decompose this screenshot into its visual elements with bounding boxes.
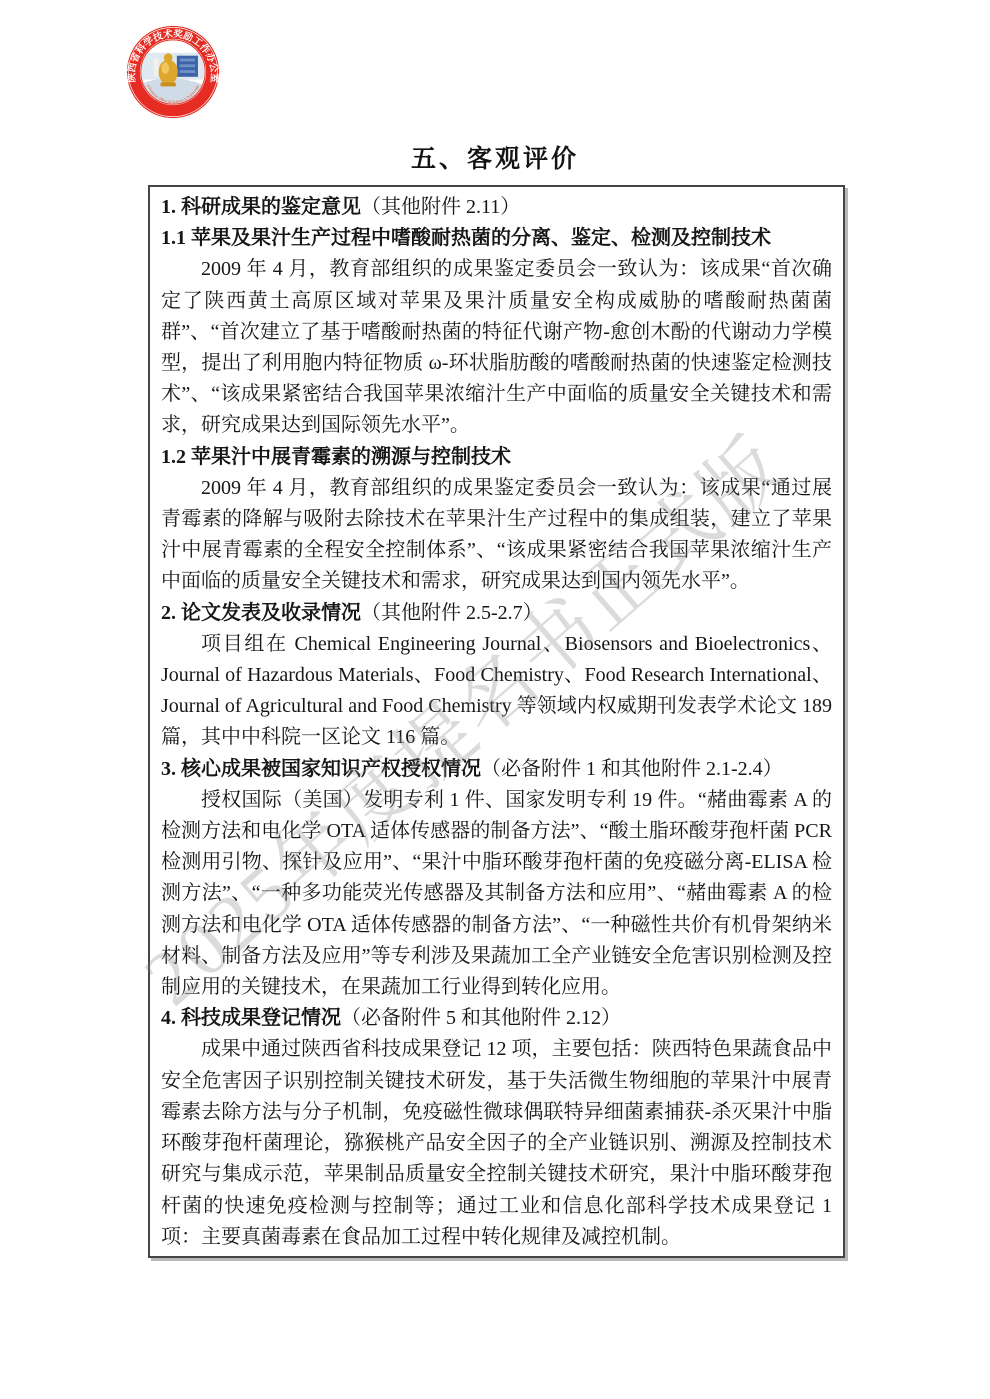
- section-2-heading-bold: 2. 论文发表及收录情况: [161, 602, 361, 624]
- section-4-heading: 4. 科技成果登记情况（必备附件 5 和其他附件 2.12）: [161, 1003, 832, 1034]
- section-3-heading-bold: 3. 核心成果被国家知识产权授权情况: [161, 758, 481, 780]
- section-3-paragraph: 授权国际（美国）发明专利 1 件、国家发明专利 19 件。“赭曲霉素 A 的检测…: [161, 785, 832, 1003]
- section-3-heading: 3. 核心成果被国家知识产权授权情况（必备附件 1 和其他附件 2.1-2.4）: [161, 754, 832, 785]
- section-4-paragraph: 成果中通过陕西省科技成果登记 12 项，主要包括：陕西特色果蔬食品中安全危害因子…: [161, 1034, 832, 1252]
- org-seal-logo: 陕西省科学技术奖励工作办公室 Shaanxi Province Office O…: [125, 24, 221, 120]
- section-1-heading-note: （其他附件 2.11）: [361, 196, 520, 218]
- section-2-heading-note: （其他附件 2.5-2.7）: [361, 602, 543, 624]
- section-3-heading-note: （必备附件 1 和其他附件 2.1-2.4）: [481, 758, 783, 780]
- section-2-paragraph: 项目组在 Chemical Engineering Journal、Biosen…: [161, 629, 832, 754]
- section-1-1-paragraph: 2009 年 4 月，教育部组织的成果鉴定委员会一致认为：该成果“首次确定了陕西…: [161, 254, 832, 441]
- section-1-2-paragraph: 2009 年 4 月，教育部组织的成果鉴定委员会一致认为：该成果“通过展青霉素的…: [161, 473, 832, 598]
- document-page: 陕西省科学技术奖励工作办公室 Shaanxi Province Office O…: [0, 0, 990, 1399]
- section-4-heading-bold: 4. 科技成果登记情况: [161, 1007, 341, 1029]
- section-1-1-heading-bold: 1.1 苹果及果汁生产过程中嗜酸耐热菌的分离、鉴定、检测及控制技术: [161, 227, 771, 249]
- seal-icon: 陕西省科学技术奖励工作办公室 Shaanxi Province Office O…: [125, 24, 221, 120]
- section-1-heading: 1. 科研成果的鉴定意见（其他附件 2.11）: [161, 192, 832, 223]
- tower-image: [154, 59, 159, 76]
- section-1-heading-bold: 1. 科研成果的鉴定意见: [161, 196, 361, 218]
- page-title: 五、客观评价: [0, 139, 990, 175]
- evaluation-table: 1. 科研成果的鉴定意见（其他附件 2.11） 1.1 苹果及果汁生产过程中嗜酸…: [148, 185, 845, 1258]
- section-4-heading-note: （必备附件 5 和其他附件 2.12）: [341, 1007, 621, 1029]
- section-1-2-heading-bold: 1.2 苹果汁中展青霉素的溯源与控制技术: [161, 446, 511, 468]
- section-1-1-heading: 1.1 苹果及果汁生产过程中嗜酸耐热菌的分离、鉴定、检测及控制技术: [161, 223, 832, 254]
- section-1-2-heading: 1.2 苹果汁中展青霉素的溯源与控制技术: [161, 442, 832, 473]
- section-2-heading: 2. 论文发表及收录情况（其他附件 2.5-2.7）: [161, 598, 832, 629]
